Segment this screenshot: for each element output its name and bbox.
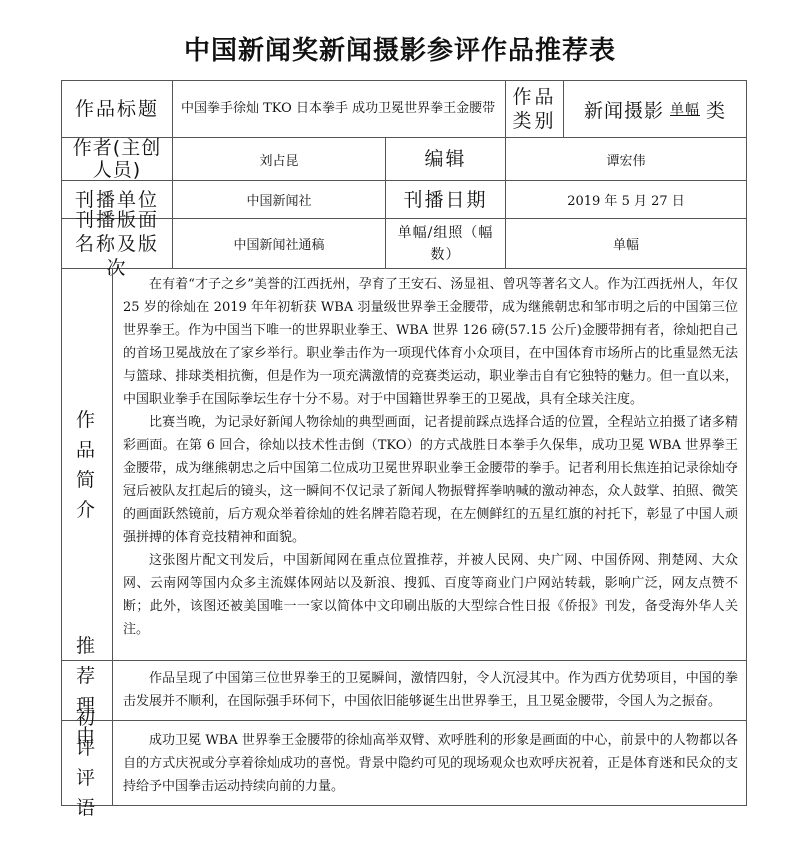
review-paragraph-1: 成功卫冕 WBA 世界拳王金腰带的徐灿高举双臂、欢呼胜利的形象是画面的中心，前景…: [123, 729, 738, 798]
editor-label: 编辑: [386, 138, 506, 180]
category-selected: 单幅: [666, 99, 704, 119]
review-text: 成功卫冕 WBA 世界拳王金腰带的徐灿高举双臂、欢呼胜利的形象是画面的中心，前景…: [113, 721, 746, 805]
recommendation-text: 作品呈现了中国第三位世界拳王的卫冕瞬间，激情四射，令人沉浸其中。作为西方优势项目…: [113, 661, 746, 720]
page-name-value: 中国新闻社通稿: [173, 219, 386, 268]
publisher-value: 中国新闻社: [173, 181, 386, 218]
document-title: 中国新闻奖新闻摄影参评作品推荐表: [0, 30, 800, 67]
category-prefix: 新闻摄影: [584, 96, 664, 123]
author-value: 刘占昆: [173, 138, 386, 180]
summary-paragraph-1: 在有着“才子之乡”美誉的江西抚州，孕育了王安石、汤显祖、曾巩等著名文人。作为江西…: [123, 273, 738, 411]
row-review: 初评评语 成功卫冕 WBA 世界拳王金腰带的徐灿高举双臂、欢呼胜利的形象是画面的…: [62, 721, 746, 805]
publish-date-value: 2019 年 5 月 27 日: [506, 181, 746, 218]
work-title-label: 作品标题: [62, 81, 173, 137]
summary-paragraph-3: 这张图片配文刊发后，中国新闻网在重点位置推荐，并被人民网、央广网、中国侨网、荆楚…: [123, 549, 738, 641]
publish-date-label: 刊播日期: [386, 181, 506, 218]
page-name-label: 刊播版面名称及版次: [62, 219, 173, 268]
category-suffix: 类: [706, 96, 726, 123]
recommendation-form-table: 作品标题 中国拳手徐灿 TKO 日本拳手 成功卫冕世界拳王金腰带 作品类别 新闻…: [61, 80, 747, 806]
work-title-value: 中国拳手徐灿 TKO 日本拳手 成功卫冕世界拳王金腰带: [173, 81, 506, 137]
row-recommendation: 推荐理由 作品呈现了中国第三位世界拳王的卫冕瞬间，激情四射，令人沉浸其中。作为西…: [62, 661, 746, 721]
photo-type-value: 单幅: [506, 219, 746, 268]
row-author: 作者(主创人员) 刘占昆 编辑 谭宏伟: [62, 138, 746, 181]
review-label: 初评评语: [62, 721, 113, 805]
row-summary: 作品简介 在有着“才子之乡”美誉的江西抚州，孕育了王安石、汤显祖、曾巩等著名文人…: [62, 269, 746, 661]
summary-paragraph-2: 比赛当晚，为记录好新闻人物徐灿的典型画面，记者提前踩点选择合适的位置，全程站立拍…: [123, 411, 738, 549]
editor-value: 谭宏伟: [506, 138, 746, 180]
category-label: 作品类别: [506, 81, 564, 137]
category-value: 新闻摄影 单幅 类: [564, 81, 746, 137]
recommendation-paragraph-1: 作品呈现了中国第三位世界拳王的卫冕瞬间，激情四射，令人沉浸其中。作为西方优势项目…: [123, 667, 738, 713]
photo-type-label: 单幅/组照（幅数）: [386, 219, 506, 268]
summary-text: 在有着“才子之乡”美誉的江西抚州，孕育了王安石、汤显祖、曾巩等著名文人。作为江西…: [113, 269, 746, 660]
row-work-title: 作品标题 中国拳手徐灿 TKO 日本拳手 成功卫冕世界拳王金腰带 作品类别 新闻…: [62, 81, 746, 138]
row-page-name: 刊播版面名称及版次 中国新闻社通稿 单幅/组照（幅数） 单幅: [62, 219, 746, 269]
author-label: 作者(主创人员): [62, 138, 173, 180]
summary-label: 作品简介: [62, 269, 113, 660]
